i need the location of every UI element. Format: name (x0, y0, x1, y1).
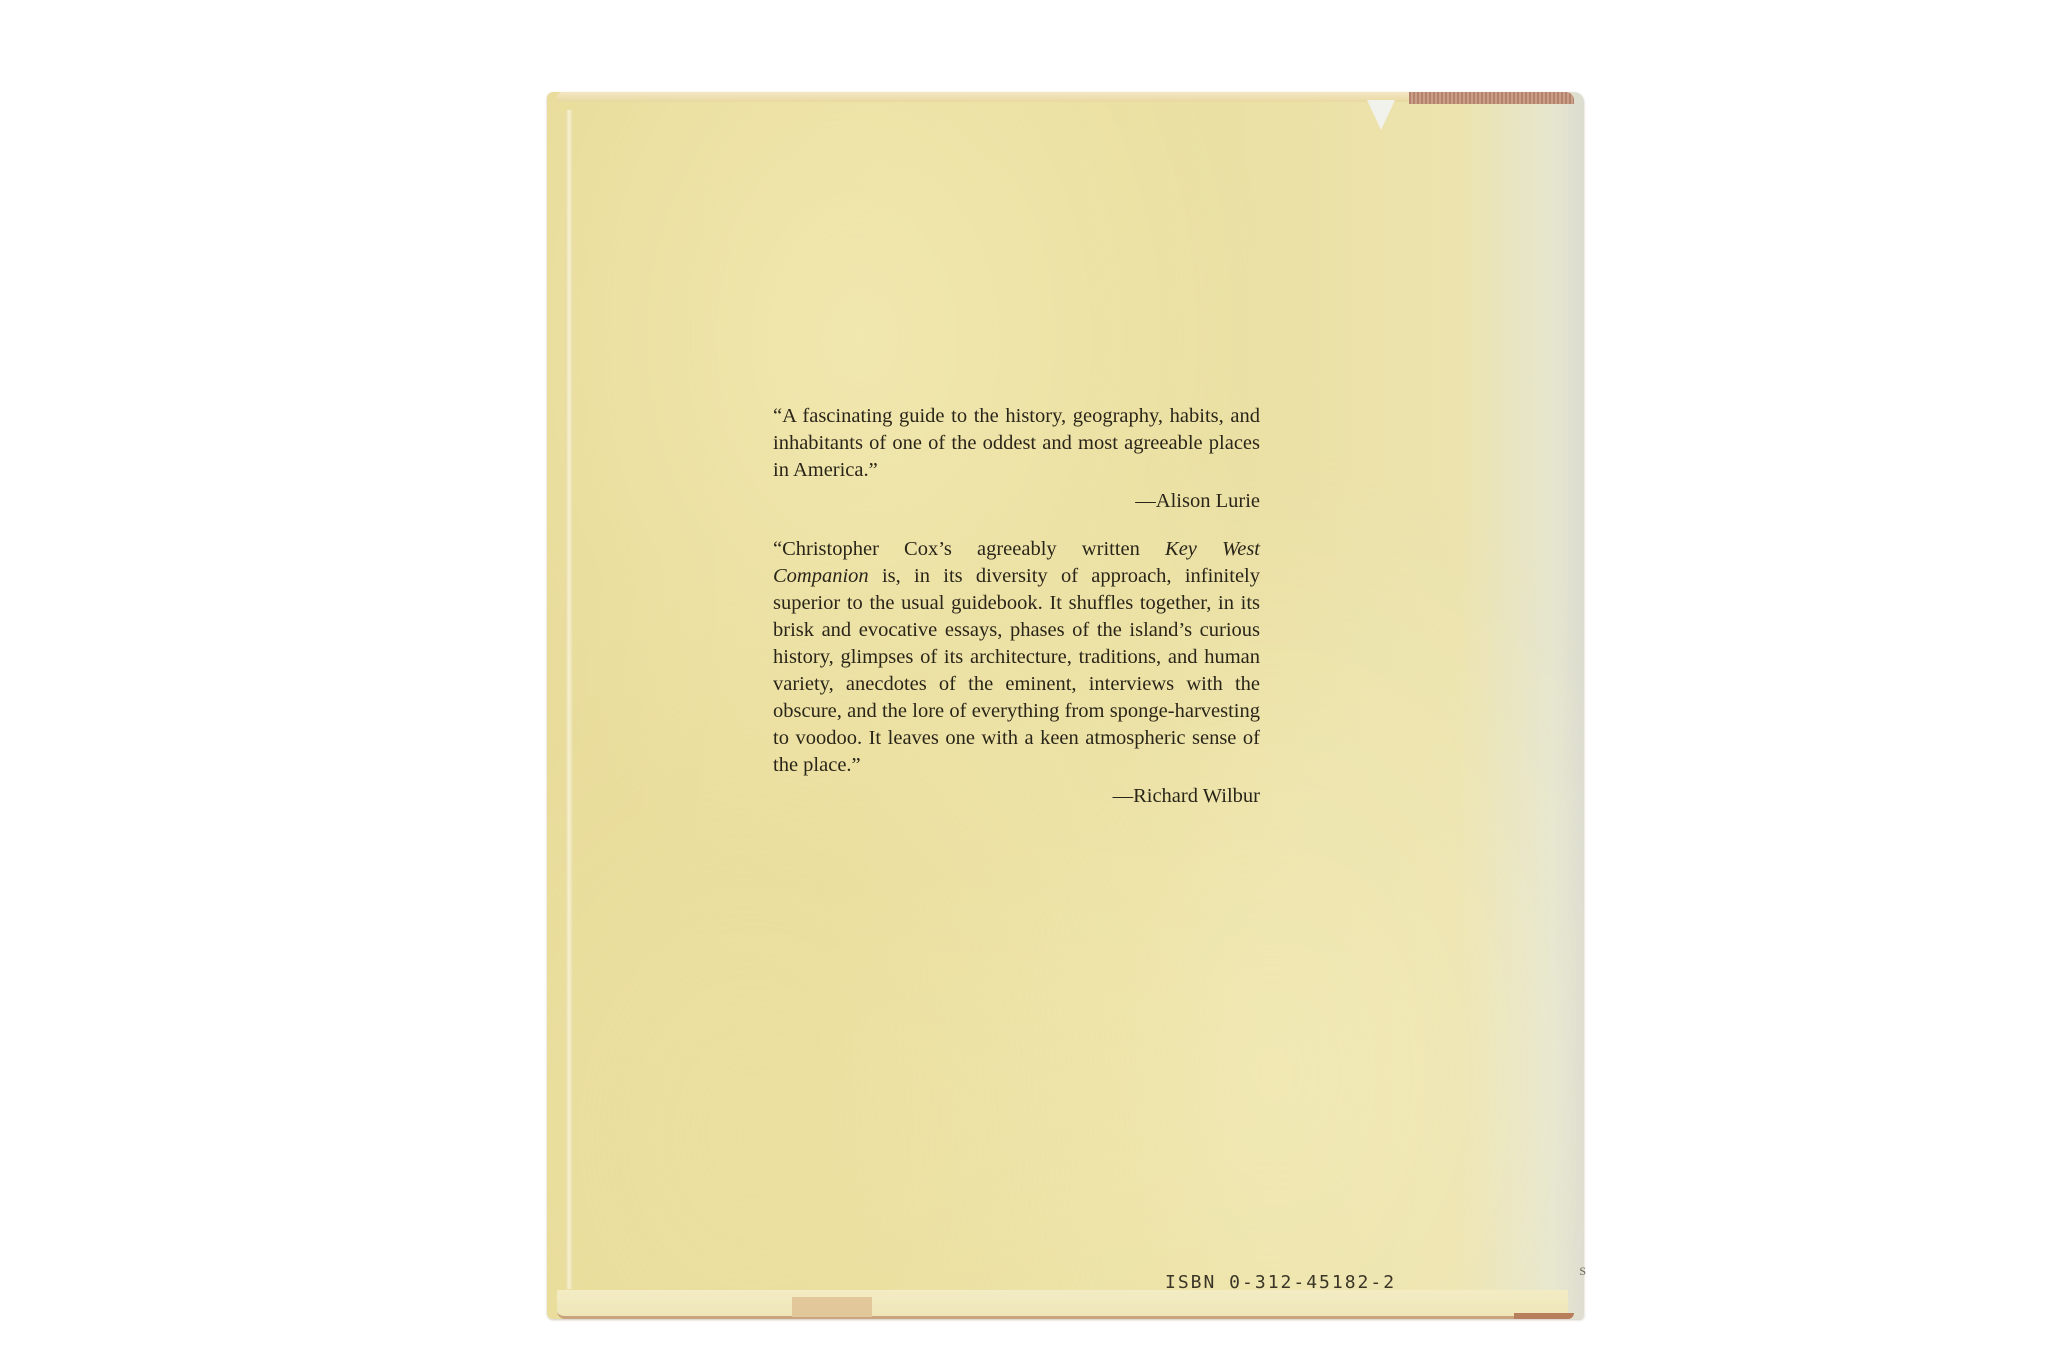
blurb-quote-1: “A fascinating guide to the history, geo… (773, 403, 1260, 484)
blurb-quote-2-prefix: “Christopher Cox’s agreeably written (773, 538, 1165, 560)
book-dust-jacket-back: “A fascinating guide to the history, geo… (547, 92, 1584, 1319)
blurb-quote-2: “Christopher Cox’s agreeably written Key… (773, 536, 1260, 779)
spine-fold-line (565, 110, 573, 1289)
spine-edge-mark: S (1579, 1264, 1586, 1279)
exposed-cloth-binding-bottom (1514, 1313, 1574, 1319)
blurb-quote-2-suffix: is, in its diversity of approach, infini… (773, 565, 1260, 776)
blurb-attribution-2: —Richard Wilbur (773, 783, 1260, 810)
exposed-cloth-binding-top (1409, 92, 1574, 104)
jacket-bottom-edge (557, 1290, 1568, 1319)
review-blurbs: “A fascinating guide to the history, geo… (773, 403, 1260, 810)
torn-corner-flap (1367, 100, 1395, 130)
bottom-tear-damage (792, 1297, 872, 1317)
blurb-attribution-1: —Alison Lurie (773, 488, 1260, 515)
